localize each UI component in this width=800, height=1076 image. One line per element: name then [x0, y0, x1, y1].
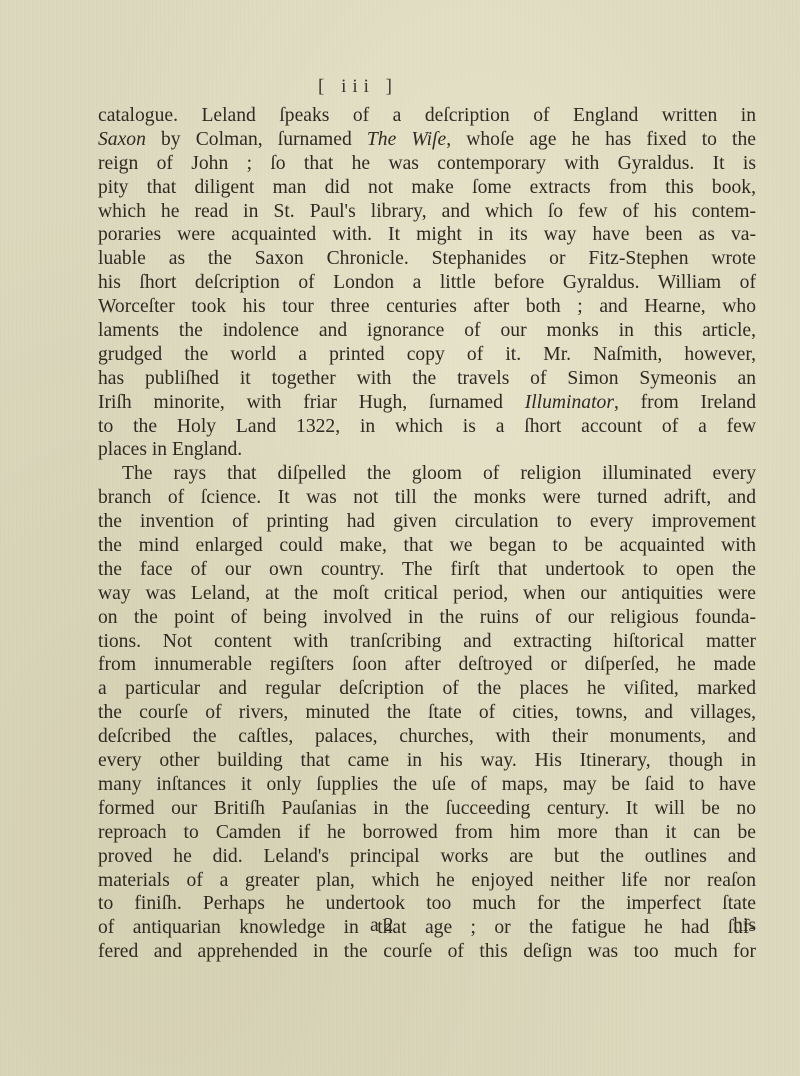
text-line: deſcribed the caſtles, palaces, churches… [98, 725, 756, 749]
text-line: The rays that diſpelled the gloom of rel… [98, 462, 756, 486]
text-line: luable as the Saxon Chronicle. Stephanid… [98, 247, 756, 271]
italic-illuminator: Illuminator [525, 392, 614, 413]
text-line: reproach to Camden if he borrowed from h… [98, 821, 756, 845]
text-line: way was Leland, at the moſt critical per… [98, 582, 756, 606]
text-line: has publiſhed it together with the trave… [98, 367, 756, 391]
text-line: a particular and regular deſcription of … [98, 677, 756, 701]
text-line: fered and apprehended in the courſe of t… [98, 940, 756, 964]
text-line: laments the indolence and ignorance of o… [98, 319, 756, 343]
text-line: the invention of printing had given circ… [98, 510, 756, 534]
text-line: his ſhort deſcription of London a little… [98, 271, 756, 295]
text-line: formed our Britiſh Pauſanias in the ſucc… [98, 797, 756, 821]
page-number: [ iii ] [318, 76, 418, 98]
text-line: to finiſh. Perhaps he undertook too much… [98, 892, 756, 916]
text-line: branch of ſcience. It was not till the m… [98, 486, 756, 510]
text-line: materials of a greater plan, which he en… [98, 869, 756, 893]
text-line-with-italics: Iriſh minorite, with friar Hugh, ſurname… [98, 391, 756, 415]
italic-the-wise: The Wiſe [367, 129, 446, 150]
text-line: places in England. [98, 438, 756, 462]
catchword: his [733, 914, 756, 938]
text-line: on the point of being involved in the ru… [98, 606, 756, 630]
text-line: tions. Not content with tranſcribing and… [98, 630, 756, 654]
text-line: to the Holy Land 1322, in which is a ſho… [98, 415, 756, 439]
text-line: catalogue. Leland ſpeaks of a deſcriptio… [98, 104, 756, 128]
signature-mark: a 2 [370, 914, 393, 938]
page-footer: a 2 his [98, 914, 756, 938]
italic-saxon: Saxon [98, 129, 146, 150]
body-text: catalogue. Leland ſpeaks of a deſcriptio… [98, 104, 756, 964]
text-line: many inſtances it only ſupplies the uſe … [98, 773, 756, 797]
text-line: proved he did. Leland's principal works … [98, 845, 756, 869]
book-page: [ iii ] catalogue. Leland ſpeaks of a de… [0, 0, 800, 1076]
text-line: from innumerable regiſters ſoon after de… [98, 653, 756, 677]
text-line: every other building that came in his wa… [98, 749, 756, 773]
text-line: pity that diligent man did not make ſome… [98, 176, 756, 200]
text-line: the face of our own country. The firſt t… [98, 558, 756, 582]
text-line: which he read in St. Paul's library, and… [98, 200, 756, 224]
text-line: the courſe of rivers, minuted the ſtate … [98, 701, 756, 725]
text-line-with-italics: Saxon by Colman, ſurnamed The Wiſe, whoſ… [98, 128, 756, 152]
text-line: Worceſter took his tour three centuries … [98, 295, 756, 319]
text-line: reign of John ; ſo that he was contempor… [98, 152, 756, 176]
text-line: poraries were acquainted with. It might … [98, 223, 756, 247]
text-line: the mind enlarged could make, that we be… [98, 534, 756, 558]
text-line: grudged the world a printed copy of it. … [98, 343, 756, 367]
